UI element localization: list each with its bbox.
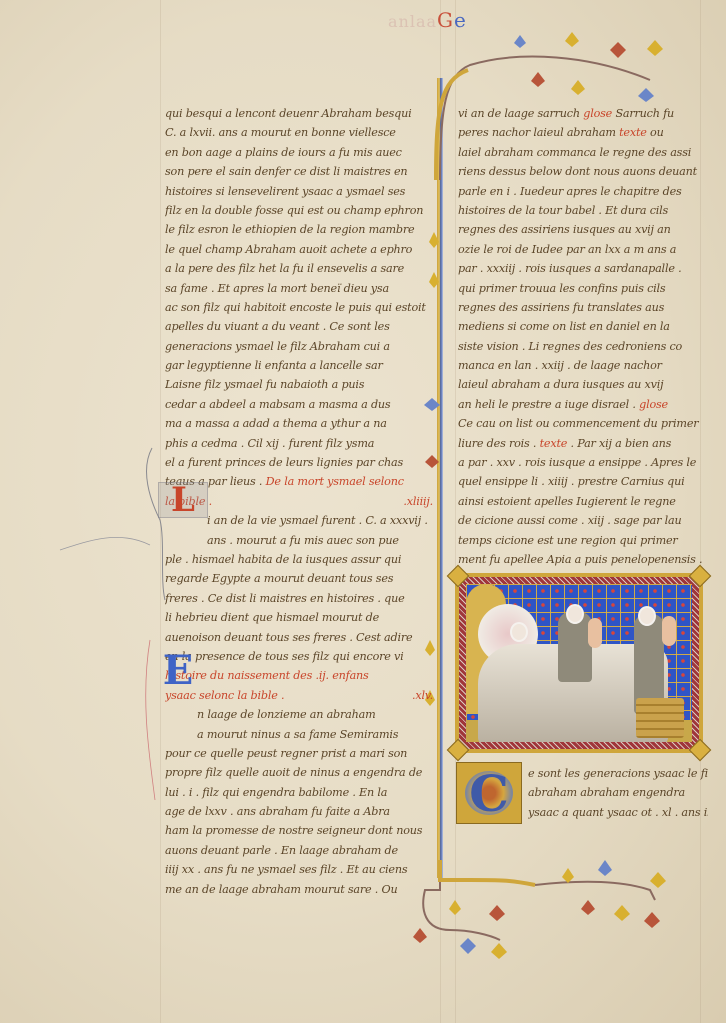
text-line: manca en lan . xxiij . de laage nachor bbox=[458, 356, 708, 375]
text-line: a par . xxv . rois iusque a ensippe . Ap… bbox=[458, 453, 708, 472]
text-line: laiel abraham commanca le regne des assi bbox=[458, 143, 708, 162]
text-line: li hebrieu dient que hismael mourut de bbox=[165, 608, 433, 627]
text-line: Laisne filz ysmael fu nabaioth a puis bbox=[165, 375, 433, 394]
leaf-icon bbox=[514, 32, 663, 102]
infant-figure bbox=[662, 616, 676, 646]
text-line: propre filz quelle auoit de ninus a enge… bbox=[165, 763, 433, 782]
text-line: a mourut ninus a sa fame Semiramis bbox=[197, 725, 433, 744]
text-line: regarde Egypte a mourut deuant tous ses bbox=[165, 569, 433, 588]
initial-L: L bbox=[158, 482, 208, 518]
text-line: generacions ysmael le filz Abraham cui a bbox=[165, 337, 433, 356]
text-line: age de lxxv . ans abraham fu faite a Abr… bbox=[165, 802, 433, 821]
text-line: parle en i . Iuedeur apres le chapitre d… bbox=[458, 182, 708, 201]
text-line: en la presence de tous ses filz qui enco… bbox=[165, 647, 433, 666]
text-line: filz en la double fosse qui est ou champ… bbox=[165, 201, 433, 220]
text-line: Ce cau on list ou commencement du primer bbox=[458, 414, 708, 433]
text-line: le quel champ Abraham auoit achete a eph… bbox=[165, 240, 433, 259]
text-line: me an de laage abraham mourut sare . Ou bbox=[165, 880, 433, 899]
text-line: par . xxxiij . rois iusques a sardanapal… bbox=[458, 259, 708, 278]
text-line: lui . i . filz qui engendra babilome . E… bbox=[165, 783, 433, 802]
text-line: histoires si lensevelirent ysaac a ysmae… bbox=[165, 182, 433, 201]
text-line: temps cicione est une region qui primer bbox=[458, 531, 708, 550]
text-line: n laage de lonzieme an abraham bbox=[197, 705, 433, 724]
rubric-heading: histoire du naissement des .ij. enfans bbox=[165, 666, 433, 685]
miniature-painting bbox=[455, 573, 703, 753]
text-line: freres . Ce dist li maistres en histoire… bbox=[165, 589, 433, 608]
text-line: vi an de laage sarruch glose Sarruch fu bbox=[458, 104, 708, 123]
text-line: ozie le roi de Iudee par an lxx a m ans … bbox=[458, 240, 708, 259]
text-line: quel ensippe li . xiiij . prestre Carniu… bbox=[458, 472, 708, 491]
right-column: vi an de laage sarruch glose Sarruch fu … bbox=[458, 104, 708, 628]
manuscript-page: anlaaGe bbox=[0, 0, 726, 1023]
text-line: qui primer trouua les confins puis cils bbox=[458, 279, 708, 298]
text-line: auons deuant parle . En laage abraham de bbox=[165, 841, 433, 860]
text-line: sa fame . Et apres la mort beneï dieu ys… bbox=[165, 279, 433, 298]
rebecca-face bbox=[510, 622, 528, 642]
miniature-scene bbox=[466, 584, 692, 742]
text-line: le filz esron le ethiopien de la region … bbox=[165, 220, 433, 239]
text-line: a la pere des filz het la fu il enseveli… bbox=[165, 259, 433, 278]
closing-text: e sont les generacions ysaac le filz abr… bbox=[528, 764, 708, 822]
miniature-frame bbox=[459, 577, 699, 749]
text-line: gar legyptienne li enfanta a lancelle sa… bbox=[165, 356, 433, 375]
text-line: ac son filz qui habitoit encoste le puis… bbox=[165, 298, 433, 317]
text-line: ainsi estoient apelles Iugierent le regn… bbox=[458, 492, 708, 511]
text-line: liure des rois . texte . Par xij a bien … bbox=[458, 434, 708, 453]
text-line: ans . mourut a fu mis auec son pue bbox=[207, 531, 433, 550]
text-line: ment fu apellee Apia a puis penelopenens… bbox=[458, 550, 708, 569]
text-line: el a furent princes de leurs lignies par… bbox=[165, 453, 433, 472]
text-line: iiij xx . ans fu ne ysmael ses filz . Et… bbox=[165, 860, 433, 879]
text-line: en bon aage a plains de iours a fu mis a… bbox=[165, 143, 433, 162]
text-line: mediens si come on list en daniel en la bbox=[458, 317, 708, 336]
text-line: C. a lxvii. ans a mourut en bonne vielle… bbox=[165, 123, 433, 142]
text-line: pour ce quelle peust regner prist a mari… bbox=[165, 744, 433, 763]
rubric-heading: ysaac selonc la bible . .xlv. bbox=[165, 686, 433, 705]
text-line: regnes des assiriens fu translates aus bbox=[458, 298, 708, 317]
text-line: histoires de la tour babel . Et dura cil… bbox=[458, 201, 708, 220]
text-line: cedar a abdeel a mabsam a masma a dus bbox=[165, 395, 433, 414]
text-line: i an de la vie ysmael furent . C. a xxxv… bbox=[207, 511, 433, 530]
infant-figure bbox=[588, 618, 602, 648]
text-line: siste vision . Li regnes des cedroniens … bbox=[458, 337, 708, 356]
text-line: son pere el sain denfer ce dist li maist… bbox=[165, 162, 433, 181]
midwife-face bbox=[566, 604, 584, 624]
text-line: phis a cedma . Cil xij . furent filz ysm… bbox=[165, 434, 433, 453]
chapter-number: .xlv. bbox=[412, 686, 433, 705]
text-line: ysaac a quant ysaac ot . xl . ans il bbox=[528, 803, 708, 822]
text-line: qui besqui a lencont deuenr Abraham besq… bbox=[165, 104, 433, 123]
text-line: apelles du viuant a du veant . Ce sont l… bbox=[165, 317, 433, 336]
initial-C: C bbox=[456, 762, 522, 824]
text-line: e sont les generacions ysaac le filz bbox=[528, 764, 708, 783]
midwife-face bbox=[638, 606, 656, 626]
text-line: de cicione aussi come . xiij . sage par … bbox=[458, 511, 708, 530]
text-line: regnes des assiriens iusques au xvij an bbox=[458, 220, 708, 239]
text-line: ma a massa a adad a thema a ythur a na bbox=[165, 414, 433, 433]
initial-E: E bbox=[158, 650, 198, 690]
text-line: ple . hismael habita de la iusques assur… bbox=[165, 550, 433, 569]
text-line: an heli le prestre a iuge disrael . glos… bbox=[458, 395, 708, 414]
bathing-tub bbox=[636, 698, 684, 738]
chapter-number: .xliiij. bbox=[403, 492, 433, 511]
text-line: laieul abraham a dura iusques au xvij bbox=[458, 375, 708, 394]
text-line: abraham abraham engendra bbox=[528, 783, 708, 802]
text-line: auenoison deuant tous ses freres . Cest … bbox=[165, 628, 433, 647]
text-line: ham la promesse de nostre seigneur dont … bbox=[165, 821, 433, 840]
text-line: peres nachor laieul abraham texte ou bbox=[458, 123, 708, 142]
text-line: riens dessus below dont nous auons deuan… bbox=[458, 162, 708, 181]
